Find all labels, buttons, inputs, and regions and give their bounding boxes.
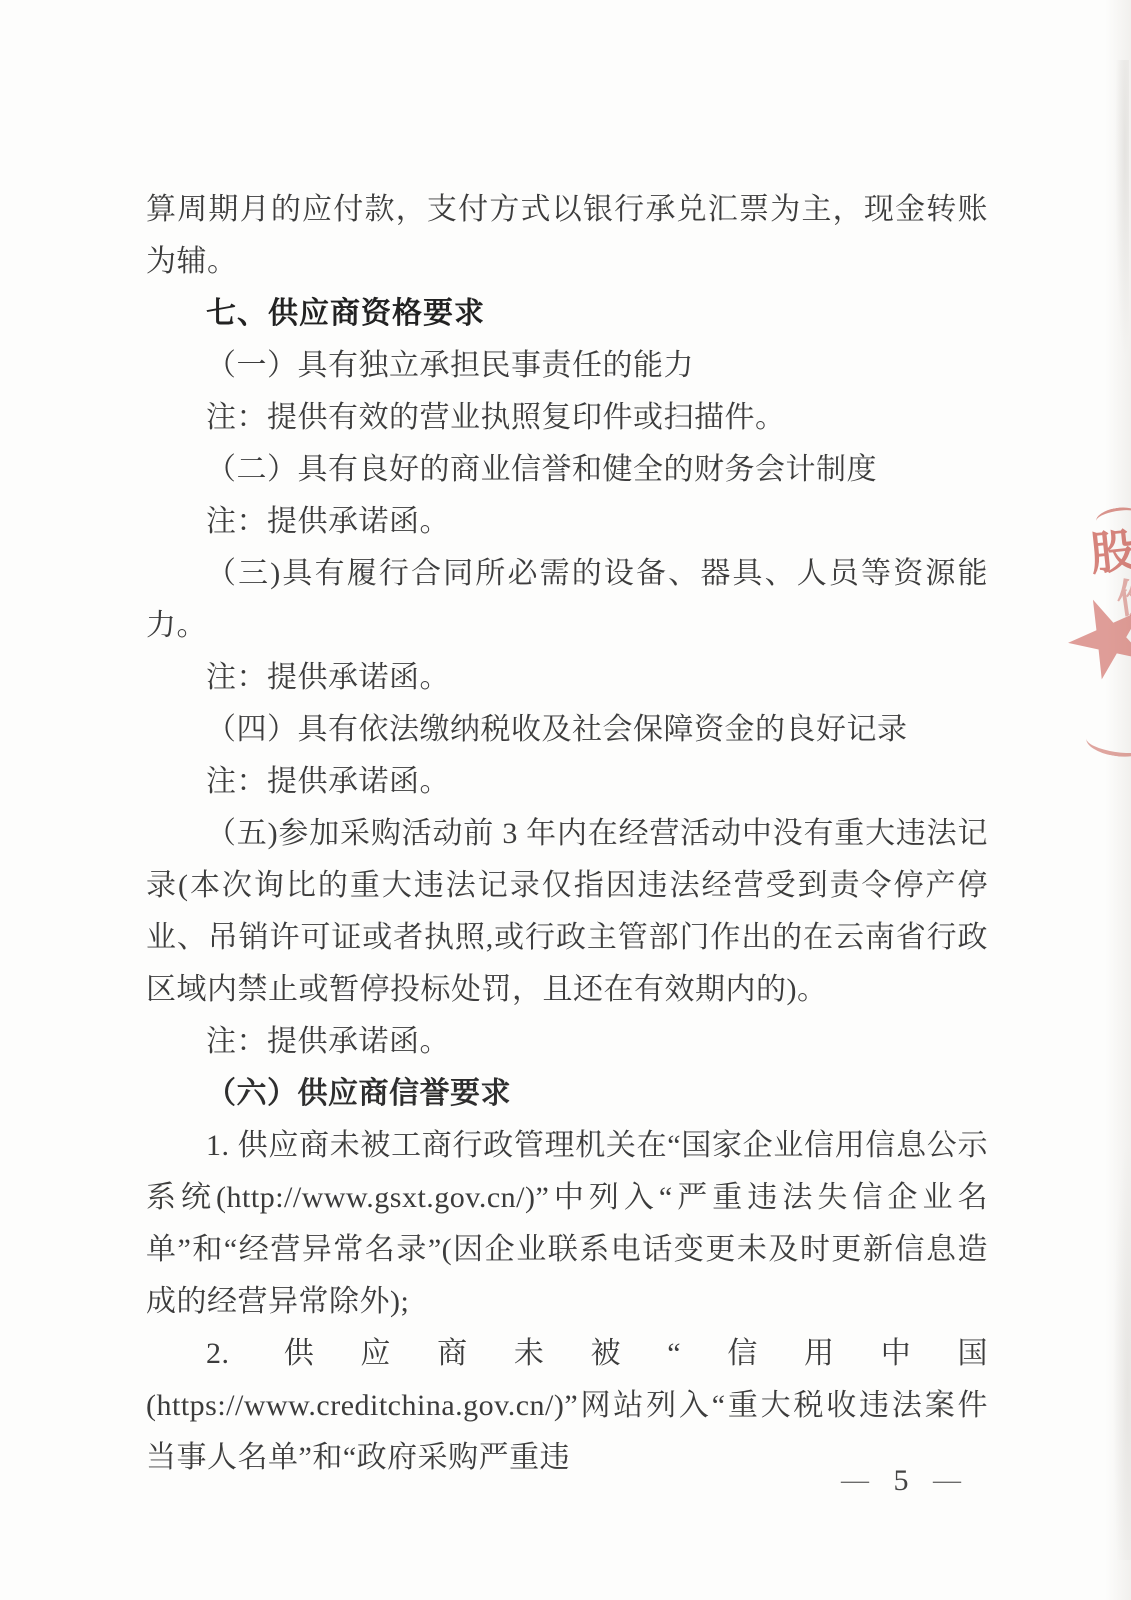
scan-speckle xyxy=(1115,60,1129,360)
item-1: （一）具有独立承担民事责任的能力 xyxy=(146,340,988,392)
footer-dash-left: — xyxy=(841,1465,869,1497)
document-page: 算周期月的应付款，支付方式以银行承兑汇票为主，现金转账为辅。 七、供应商资格要求… xyxy=(0,0,1131,1600)
paragraph-continuation: 算周期月的应付款，支付方式以银行承兑汇票为主，现金转账为辅。 xyxy=(146,184,988,288)
document-body: 算周期月的应付款，支付方式以银行承兑汇票为主，现金转账为辅。 七、供应商资格要求… xyxy=(146,184,988,1484)
item-3-note: 注：提供承诺函。 xyxy=(146,652,988,704)
item-5: （五)参加采购活动前 3 年内在经营活动中没有重大违法记录(本次询比的重大违法记… xyxy=(146,808,988,1016)
item-6-heading: （六）供应商信誉要求 xyxy=(146,1068,988,1120)
item-4: （四）具有依法缴纳税收及社会保障资金的良好记录 xyxy=(146,704,988,756)
item-3: （三)具有履行合同所必需的设备、器具、人员等资源能力。 xyxy=(146,548,988,652)
footer-dash-right: — xyxy=(933,1465,961,1497)
page-number: 5 xyxy=(894,1464,909,1498)
item-6-sub-2: 2. 供应商未被“信用中国(https://www.creditchina.go… xyxy=(146,1328,988,1484)
page-footer: — 5 — xyxy=(841,1464,961,1498)
item-1-note: 注：提供有效的营业执照复印件或扫描件。 xyxy=(146,392,988,444)
item-5-note: 注：提供承诺函。 xyxy=(146,1016,988,1068)
item-6-sub-1: 1. 供应商未被工商行政管理机关在“国家企业信用信息公示系统(http://ww… xyxy=(146,1120,988,1328)
item-2-note: 注：提供承诺函。 xyxy=(146,496,988,548)
item-2: （二）具有良好的商业信誉和健全的财务会计制度 xyxy=(146,444,988,496)
scan-speckle xyxy=(1113,1140,1131,1560)
item-4-note: 注：提供承诺函。 xyxy=(146,756,988,808)
section-heading: 七、供应商资格要求 xyxy=(146,288,988,340)
